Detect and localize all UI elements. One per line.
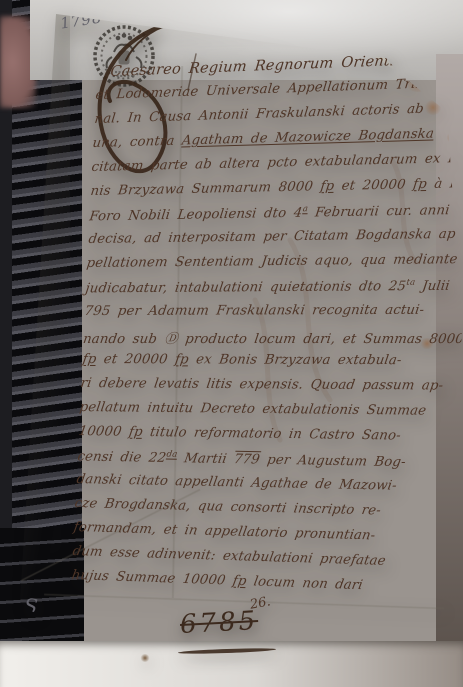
pencil-mark-w: w	[29, 628, 38, 641]
manuscript-line: nando sub Ⓓ producto locum dari, et Summ…	[81, 328, 458, 352]
photographed-manuscript: 1798 6/11	[0, 0, 463, 687]
manuscript-text: Martii	[175, 451, 235, 467]
manuscript-text: Februarii cur. anni	[306, 203, 450, 220]
manuscript-text: censi die 22	[76, 449, 167, 466]
pencil-mark-s: S	[23, 593, 39, 618]
manuscript-text: Julii	[414, 279, 451, 294]
ink-stain	[140, 654, 150, 662]
manuscript-text: producto locum dari, et Summas 8000	[177, 332, 463, 347]
manuscript-text: titulo reformatorio in Castro Sano-	[141, 425, 401, 444]
manuscript-text: judicabatur, intabulationi quietationis …	[85, 279, 407, 296]
manuscript-lines: Caesareo Regium Regnorum Orientis Galici…	[58, 64, 456, 592]
manuscript-text: ri debere levatis litis expensis. Quoad …	[80, 376, 445, 394]
manuscript-line: pellationem Sententiam Judicis aquo, qua…	[85, 252, 458, 280]
manuscript-line: decisa, ad interpositam per Citatam Bogd…	[86, 227, 458, 256]
manuscript-text: 795 per Adamum Fraskulanski recognita ac…	[84, 303, 426, 319]
manuscript-text: una, contra	[92, 134, 183, 151]
manuscript-text: à Regio	[426, 176, 463, 192]
paper-shadow-wrap: 1798 6/11	[0, 0, 463, 687]
manuscript-text: locum non dari	[245, 574, 364, 593]
manuscript-text: nando sub	[82, 332, 165, 347]
manuscript-text: 779	[233, 452, 261, 467]
manuscript-line: ri debere levatis litis expensis. Quoad …	[79, 376, 458, 403]
manuscript-text: pellationem Sententiam Judicis aquo, qua…	[86, 252, 459, 271]
manuscript-paper: 1798 6/11	[0, 0, 463, 687]
struck-number: 6785	[179, 606, 259, 640]
manuscript-text: per Augustum Bog-	[258, 453, 406, 471]
manuscript-line: 795 per Adamum Fraskulanski recognita ac…	[82, 303, 457, 328]
manuscript-text: et 20000	[95, 352, 176, 367]
manuscript-text: et 20000	[333, 177, 414, 194]
manuscript-line: judicabatur, intabulationi quietationis …	[84, 277, 458, 304]
manuscript-text: pellatum intuitu Decreto extabulationis …	[79, 400, 428, 419]
ink-underline-flourish	[178, 647, 276, 654]
manuscript-text: 10000	[78, 424, 131, 440]
manuscript-text: ex Bonis Brzyzawa extabula-	[187, 352, 402, 368]
manuscript-line: fp et 20000 fp ex Bonis Brzyzawa extabul…	[80, 352, 458, 377]
manuscript-line: pellatum intuitu Decreto extabulationis …	[77, 400, 457, 428]
manuscript-text: Foro Nobili Leopoliensi dto 4	[88, 206, 303, 225]
